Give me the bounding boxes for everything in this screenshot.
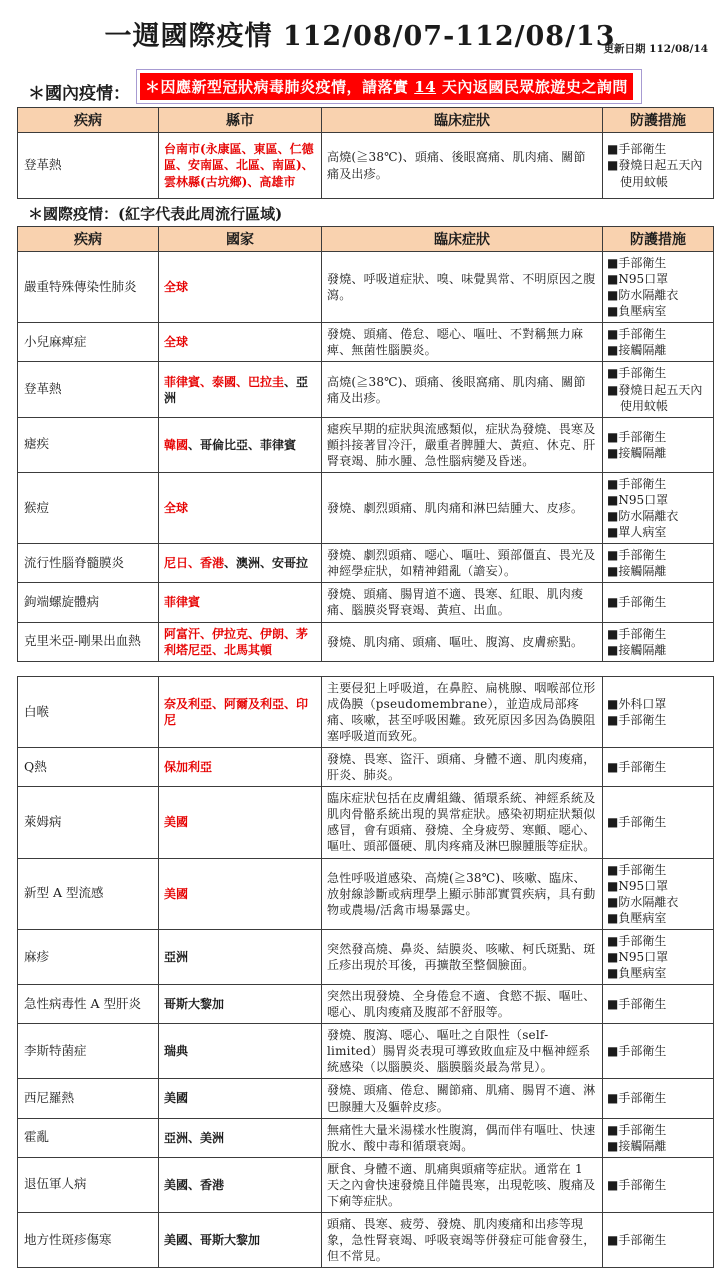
region-cell: 美國、香港 — [159, 1157, 322, 1212]
measure-item: ■手部衛生 — [607, 996, 711, 1012]
notice-underlined-number: 14 — [414, 78, 436, 96]
domestic-section-label: ＊國內疫情： — [28, 79, 130, 104]
region-highlighted-text: 全球 — [164, 280, 188, 294]
weekly-epidemic-report-page: 一週國際疫情 112/08/07-112/08/13 更新日期 112/08/1… — [0, 0, 720, 1280]
measures-cell: ■手部衛生■接觸隔離 — [603, 622, 714, 661]
disease-cell: 西尼羅熱 — [18, 1079, 159, 1118]
measure-item: ■N95口罩 — [607, 949, 711, 965]
region-highlighted-text: 全球 — [164, 501, 188, 515]
table-row: 鉤端螺旋體病菲律賓發燒、頭痛、腸胃道不適、畏寒、紅眼、肌肉痠痛、腦膜炎腎衰竭、黃… — [18, 583, 714, 622]
disease-cell: 登革熱 — [18, 362, 159, 417]
international-epidemic-table-continued: 白喉奈及利亞、阿爾及利亞、印尼主要侵犯上呼吸道，在鼻腔、扁桃腺、咽喉部位形成偽膜… — [17, 676, 714, 1269]
measure-item: ■手部衛生 — [607, 1043, 711, 1059]
update-date: 更新日期 112/08/14 — [604, 41, 708, 56]
region-cell: 美國 — [159, 787, 322, 858]
symptoms-cell: 發燒、劇烈頭痛、肌肉痛和淋巴結腫大、皮疹。 — [322, 472, 603, 543]
measure-item: ■負壓病室 — [607, 910, 711, 926]
measure-item: ■手部衛生 — [607, 1232, 711, 1248]
measure-item: ■接觸隔離 — [607, 563, 711, 579]
symptoms-cell: 發燒、頭痛、腸胃道不適、畏寒、紅眼、肌肉痠痛、腦膜炎腎衰竭、黃疸、出血。 — [322, 583, 603, 622]
table-row: 霍亂亞洲、美洲無痛性大量米湯樣水性腹瀉，偶而伴有嘔吐、快速脫水、酸中毒和循環衰竭… — [18, 1118, 714, 1157]
measure-item: ■手部衛生 — [607, 326, 711, 342]
symptoms-cell: 高燒(≧38℃)、頭痛、後眼窩痛、肌肉痛、關節痛及出疹。 — [322, 133, 603, 199]
measure-item: ■發燒日起五天內使用蚊帳 — [607, 157, 711, 189]
measure-item: ■手部衛生 — [607, 365, 711, 381]
measures-cell: ■手部衛生 — [603, 1157, 714, 1212]
table-row: 西尼羅熱美國發燒、頭痛、倦怠、關節痛、肌痛、腸胃不適、淋巴腺腫大及軀幹皮疹。■手… — [18, 1079, 714, 1118]
symptoms-cell: 頭痛、畏寒、疲勞、發燒、肌肉痠痛和出疹等現象，急性腎衰竭、呼吸衰竭等併發症可能會… — [322, 1212, 603, 1267]
region-cell: 菲律賓 — [159, 583, 322, 622]
symptoms-cell: 臨床症狀包括在皮膚組織、循環系統、神經系統及肌肉骨骼系統出現的異常症狀。感染初期… — [322, 787, 603, 858]
table-row: 退伍軍人病美國、香港厭食、身體不適、肌痛與頭痛等症狀。通常在 1 天之內會快速發… — [18, 1157, 714, 1212]
region-text: 美國 — [164, 1091, 188, 1105]
measure-item: ■手部衛生 — [607, 759, 711, 775]
disease-cell: 急性病毒性 A 型肝炎 — [18, 985, 159, 1024]
region-cell: 全球 — [159, 252, 322, 323]
region-highlighted-text: 韓國 — [164, 438, 188, 452]
measure-item: ■手部衛生 — [607, 814, 711, 830]
region-cell: 美國 — [159, 858, 322, 929]
measures-cell: ■外科口罩■手部衛生 — [603, 676, 714, 747]
symptoms-cell: 突然發高燒、鼻炎、結膜炎、咳嗽、柯氏斑點、斑丘疹出現於耳後，再擴散至整個臉面。 — [322, 929, 603, 984]
disease-cell: 猴痘 — [18, 472, 159, 543]
table-row: 地方性斑疹傷寒美國、哥斯大黎加頭痛、畏寒、疲勞、發燒、肌肉痠痛和出疹等現象，急性… — [18, 1212, 714, 1267]
region-text: 瑞典 — [164, 1044, 188, 1058]
measure-item: ■手部衛生 — [607, 626, 711, 642]
region-highlighted-text: 菲律賓 — [164, 595, 200, 609]
region-cell: 菲律賓、泰國、巴拉圭、亞洲 — [159, 362, 322, 417]
region-cell: 阿富汗、伊拉克、伊朗、茅利塔尼亞、北馬其頓 — [159, 622, 322, 661]
disease-cell: 新型 A 型流感 — [18, 858, 159, 929]
measure-item: ■接觸隔離 — [607, 1138, 711, 1154]
domestic-epidemic-table: 疾病縣市臨床症狀防護措施登革熱台南市(永康區、東區、仁德區、安南區、北區、南區)… — [17, 107, 714, 199]
region-cell: 台南市(永康區、東區、仁德區、安南區、北區、南區)、雲林縣(古坑鄉)、高雄市 — [159, 133, 322, 199]
symptoms-cell: 急性呼吸道感染、高燒(≧38℃)、咳嗽、臨床、放射線診斷或病理學上顯示肺部實質疾… — [322, 858, 603, 929]
column-header: 臨床症狀 — [322, 108, 603, 133]
region-highlighted-text: 美國 — [164, 887, 188, 901]
measure-item: ■手部衛生 — [607, 862, 711, 878]
measures-cell: ■手部衛生■接觸隔離 — [603, 417, 714, 472]
measure-item: ■接觸隔離 — [607, 342, 711, 358]
column-header: 防護措施 — [603, 108, 714, 133]
region-cell: 哥斯大黎加 — [159, 985, 322, 1024]
symptoms-cell: 發燒、畏寒、盜汗、頭痛、身體不適、肌肉痠痛，肝炎、肺炎。 — [322, 748, 603, 787]
covid-notice-banner: ＊因應新型冠狀病毒肺炎疫情，請落實 14 天內返國民眾旅遊史之詢問 — [136, 69, 642, 104]
region-text: 亞洲 — [164, 950, 188, 964]
measure-item: ■N95口罩 — [607, 878, 711, 894]
measure-item: ■手部衛生 — [607, 1122, 711, 1138]
region-highlighted-text: 奈及利亞、阿爾及利亞、印尼 — [164, 697, 308, 727]
disease-cell: 克里米亞-剛果出血熱 — [18, 622, 159, 661]
measures-cell: ■手部衛生■N95口罩■防水隔離衣■負壓病室 — [603, 252, 714, 323]
covid-notice-banner-text: ＊因應新型冠狀病毒肺炎疫情，請落實 14 天內返國民眾旅遊史之詢問 — [140, 73, 633, 100]
symptoms-cell: 發燒、劇烈頭痛、噁心、嘔吐、頸部僵直、畏光及神經學症狀，如精神錯亂（譫妄）。 — [322, 544, 603, 583]
measures-cell: ■手部衛生■接觸隔離 — [603, 323, 714, 362]
disease-cell: 萊姆病 — [18, 787, 159, 858]
title-row: 一週國際疫情 112/08/07-112/08/13 更新日期 112/08/1… — [0, 14, 720, 58]
measure-item: ■發燒日起五天內使用蚊帳 — [607, 382, 711, 414]
table-row: 白喉奈及利亞、阿爾及利亞、印尼主要侵犯上呼吸道，在鼻腔、扁桃腺、咽喉部位形成偽膜… — [18, 676, 714, 747]
measure-item: ■單人病室 — [607, 524, 711, 540]
measure-item: ■防水隔離衣 — [607, 287, 711, 303]
symptoms-cell: 發燒、肌肉痛、頭痛、嘔吐、腹瀉、皮膚瘀點。 — [322, 622, 603, 661]
disease-cell: 鉤端螺旋體病 — [18, 583, 159, 622]
international-epidemic-table: 疾病國家臨床症狀防護措施嚴重特殊傳染性肺炎全球發燒、呼吸道症狀、嗅、味覺異常、不… — [17, 226, 714, 662]
notice-text-after: 天內返國民眾旅遊史之詢問 — [436, 78, 628, 96]
region-highlighted-text: 台南市(永康區、東區、仁德區、安南區、北區、南區)、雲林縣(古坑鄉)、高雄市 — [164, 142, 314, 188]
measure-item: ■負壓病室 — [607, 303, 711, 319]
table-row: 猴痘全球發燒、劇烈頭痛、肌肉痛和淋巴結腫大、皮疹。■手部衛生■N95口罩■防水隔… — [18, 472, 714, 543]
region-text: 哥斯大黎加 — [164, 997, 224, 1011]
measures-cell: ■手部衛生■發燒日起五天內使用蚊帳 — [603, 362, 714, 417]
measure-item: ■手部衛生 — [607, 933, 711, 949]
table-row: 流行性腦脊髓膜炎尼日、香港、澳洲、安哥拉發燒、劇烈頭痛、噁心、嘔吐、頸部僵直、畏… — [18, 544, 714, 583]
disease-cell: 瘧疾 — [18, 417, 159, 472]
disease-cell: 霍亂 — [18, 1118, 159, 1157]
measure-item: ■接觸隔離 — [607, 642, 711, 658]
measures-cell: ■手部衛生 — [603, 1079, 714, 1118]
domestic-section-header: ＊國內疫情： ＊因應新型冠狀病毒肺炎疫情，請落實 14 天內返國民眾旅遊史之詢問 — [0, 62, 720, 104]
region-cell: 美國、哥斯大黎加 — [159, 1212, 322, 1267]
region-highlighted-text: 美國 — [164, 815, 188, 829]
measures-cell: ■手部衛生 — [603, 1212, 714, 1267]
measures-cell: ■手部衛生 — [603, 748, 714, 787]
table-gap — [0, 662, 720, 676]
region-highlighted-text: 阿富汗、伊拉克、伊朗、茅利塔尼亞、北馬其頓 — [164, 627, 308, 657]
measure-item: ■手部衛生 — [607, 1177, 711, 1193]
symptoms-cell: 主要侵犯上呼吸道，在鼻腔、扁桃腺、咽喉部位形成偽膜（pseudomembrane… — [322, 676, 603, 747]
measure-item: ■手部衛生 — [607, 429, 711, 445]
region-text: 、澳洲、安哥拉 — [224, 556, 308, 570]
disease-cell: 登革熱 — [18, 133, 159, 199]
measures-cell: ■手部衛生 — [603, 583, 714, 622]
disease-cell: 麻疹 — [18, 929, 159, 984]
region-cell: 尼日、香港、澳洲、安哥拉 — [159, 544, 322, 583]
column-header: 疾病 — [18, 227, 159, 252]
measures-cell: ■手部衛生 — [603, 787, 714, 858]
disease-cell: 嚴重特殊傳染性肺炎 — [18, 252, 159, 323]
symptoms-cell: 突然出現發燒、全身倦怠不適、食慾不振、嘔吐、噁心、肌肉痠痛及腹部不舒服等。 — [322, 985, 603, 1024]
table-row: Q熱保加利亞發燒、畏寒、盜汗、頭痛、身體不適、肌肉痠痛，肝炎、肺炎。■手部衛生 — [18, 748, 714, 787]
disease-cell: 退伍軍人病 — [18, 1157, 159, 1212]
region-cell: 保加利亞 — [159, 748, 322, 787]
measure-item: ■接觸隔離 — [607, 445, 711, 461]
measure-item: ■手部衛生 — [607, 547, 711, 563]
table-row: 麻疹亞洲突然發高燒、鼻炎、結膜炎、咳嗽、柯氏斑點、斑丘疹出現於耳後，再擴散至整個… — [18, 929, 714, 984]
measures-cell: ■手部衛生 — [603, 985, 714, 1024]
column-header: 防護措施 — [603, 227, 714, 252]
disease-cell: 白喉 — [18, 676, 159, 747]
table-row: 登革熱菲律賓、泰國、巴拉圭、亞洲高燒(≧38℃)、頭痛、後眼窩痛、肌肉痛、關節痛… — [18, 362, 714, 417]
region-cell: 韓國、哥倫比亞、菲律賓 — [159, 417, 322, 472]
region-cell: 全球 — [159, 472, 322, 543]
table-row: 小兒麻痺症全球發燒、頭痛、倦怠、噁心、嘔吐、不對稱無力麻痺、無菌性腦膜炎。■手部… — [18, 323, 714, 362]
disease-cell: 流行性腦脊髓膜炎 — [18, 544, 159, 583]
column-header: 疾病 — [18, 108, 159, 133]
disease-cell: Q熱 — [18, 748, 159, 787]
measures-cell: ■手部衛生■接觸隔離 — [603, 1118, 714, 1157]
table-row: 萊姆病美國臨床症狀包括在皮膚組織、循環系統、神經系統及肌肉骨骼系統出現的異常症狀… — [18, 787, 714, 858]
region-cell: 亞洲、美洲 — [159, 1118, 322, 1157]
measure-item: ■手部衛生 — [607, 712, 711, 728]
table-row: 急性病毒性 A 型肝炎哥斯大黎加突然出現發燒、全身倦怠不適、食慾不振、嘔吐、噁心… — [18, 985, 714, 1024]
table-row: 克里米亞-剛果出血熱阿富汗、伊拉克、伊朗、茅利塔尼亞、北馬其頓發燒、肌肉痛、頭痛… — [18, 622, 714, 661]
symptoms-cell: 發燒、頭痛、倦怠、關節痛、肌痛、腸胃不適、淋巴腺腫大及軀幹皮疹。 — [322, 1079, 603, 1118]
disease-cell: 李斯特菌症 — [18, 1024, 159, 1079]
region-highlighted-text: 保加利亞 — [164, 760, 212, 774]
table-row: 李斯特菌症瑞典發燒、腹瀉、噁心、嘔吐之自限性（self-limited）腸胃炎表… — [18, 1024, 714, 1079]
region-cell: 亞洲 — [159, 929, 322, 984]
symptoms-cell: 厭食、身體不適、肌痛與頭痛等症狀。通常在 1 天之內會快速發燒且伴隨畏寒，出現乾… — [322, 1157, 603, 1212]
measure-item: ■手部衛生 — [607, 594, 711, 610]
region-text: 亞洲、美洲 — [164, 1131, 224, 1145]
column-header: 縣市 — [159, 108, 322, 133]
region-cell: 瑞典 — [159, 1024, 322, 1079]
region-cell: 全球 — [159, 323, 322, 362]
measures-cell: ■手部衛生■N95口罩■負壓病室 — [603, 929, 714, 984]
measures-cell: ■手部衛生■N95口罩■防水隔離衣■單人病室 — [603, 472, 714, 543]
measures-cell: ■手部衛生■接觸隔離 — [603, 544, 714, 583]
measure-item: ■手部衛生 — [607, 476, 711, 492]
measure-item: ■手部衛生 — [607, 141, 711, 157]
region-highlighted-text: 全球 — [164, 335, 188, 349]
region-text: 美國、香港 — [164, 1178, 224, 1192]
region-highlighted-text: 菲律賓、泰國、巴拉圭 — [164, 375, 284, 389]
measure-item: ■負壓病室 — [607, 965, 711, 981]
measures-cell: ■手部衛生■N95口罩■防水隔離衣■負壓病室 — [603, 858, 714, 929]
column-header: 臨床症狀 — [322, 227, 603, 252]
region-text: 美國、哥斯大黎加 — [164, 1233, 260, 1247]
symptoms-cell: 瘧疾早期的症狀與流感類似，症狀為發燒、畏寒及顫抖接著冒冷汗，嚴重者脾腫大、黃疸、… — [322, 417, 603, 472]
symptoms-cell: 發燒、呼吸道症狀、嗅、味覺異常、不明原因之腹瀉。 — [322, 252, 603, 323]
table-row: 嚴重特殊傳染性肺炎全球發燒、呼吸道症狀、嗅、味覺異常、不明原因之腹瀉。■手部衛生… — [18, 252, 714, 323]
region-text: 、哥倫比亞、菲律賓 — [188, 438, 296, 452]
page-title: 一週國際疫情 112/08/07-112/08/13 — [104, 14, 615, 53]
header-row: 疾病國家臨床症狀防護措施 — [18, 227, 714, 252]
table-row: 新型 A 型流感美國急性呼吸道感染、高燒(≧38℃)、咳嗽、臨床、放射線診斷或病… — [18, 858, 714, 929]
measure-item: ■手部衛生 — [607, 255, 711, 271]
measure-item: ■防水隔離衣 — [607, 508, 711, 524]
region-cell: 美國 — [159, 1079, 322, 1118]
disease-cell: 地方性斑疹傷寒 — [18, 1212, 159, 1267]
measure-item: ■N95口罩 — [607, 271, 711, 287]
symptoms-cell: 發燒、腹瀉、噁心、嘔吐之自限性（self-limited）腸胃炎表現可導致敗血症… — [322, 1024, 603, 1079]
region-cell: 奈及利亞、阿爾及利亞、印尼 — [159, 676, 322, 747]
international-section-label: ＊國際疫情：(紅字代表此周流行區域) — [0, 203, 720, 224]
symptoms-cell: 高燒(≧38℃)、頭痛、後眼窩痛、肌肉痛、關節痛及出疹。 — [322, 362, 603, 417]
measure-item: ■外科口罩 — [607, 696, 711, 712]
measure-item: ■防水隔離衣 — [607, 894, 711, 910]
disease-cell: 小兒麻痺症 — [18, 323, 159, 362]
column-header: 國家 — [159, 227, 322, 252]
symptoms-cell: 無痛性大量米湯樣水性腹瀉，偶而伴有嘔吐、快速脫水、酸中毒和循環衰竭。 — [322, 1118, 603, 1157]
measure-item: ■手部衛生 — [607, 1090, 711, 1106]
measures-cell: ■手部衛生■發燒日起五天內使用蚊帳 — [603, 133, 714, 199]
symptoms-cell: 發燒、頭痛、倦怠、噁心、嘔吐、不對稱無力麻痺、無菌性腦膜炎。 — [322, 323, 603, 362]
table-row: 登革熱台南市(永康區、東區、仁德區、安南區、北區、南區)、雲林縣(古坑鄉)、高雄… — [18, 133, 714, 199]
measure-item: ■N95口罩 — [607, 492, 711, 508]
header-row: 疾病縣市臨床症狀防護措施 — [18, 108, 714, 133]
region-highlighted-text: 尼日、香港 — [164, 556, 224, 570]
measures-cell: ■手部衛生 — [603, 1024, 714, 1079]
table-row: 瘧疾韓國、哥倫比亞、菲律賓瘧疾早期的症狀與流感類似，症狀為發燒、畏寒及顫抖接著冒… — [18, 417, 714, 472]
notice-text-before: ＊因應新型冠狀病毒肺炎疫情，請落實 — [145, 78, 414, 96]
